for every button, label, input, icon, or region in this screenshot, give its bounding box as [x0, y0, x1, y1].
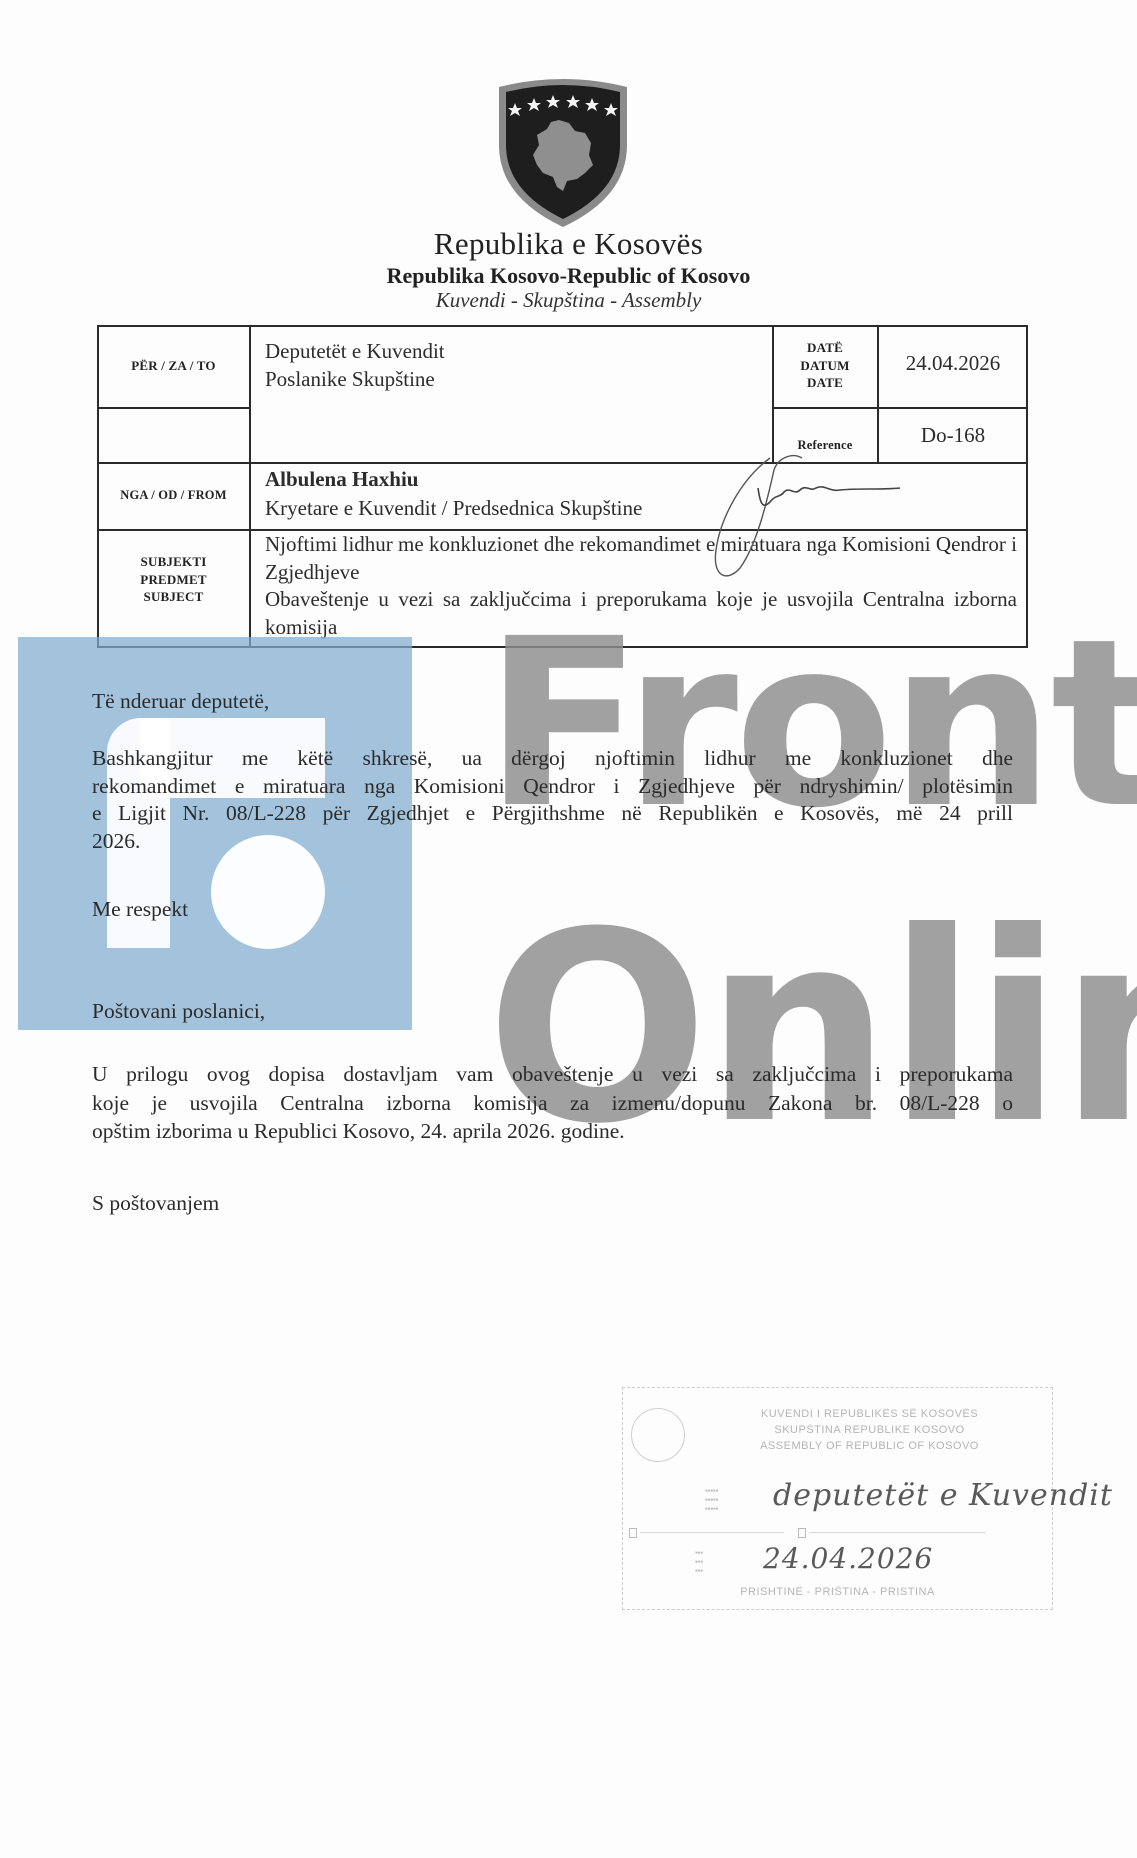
page-subtitle: Republika Kosovo-Republic of Kosovo — [0, 263, 1137, 289]
closing-albanian: Me respekt — [92, 896, 1013, 924]
paragraph-albanian: Bashkangjitur me këtë shkresë, ua dërgoj… — [92, 745, 1013, 855]
paragraph-line: e Ligjit Nr. 08/L-228 për Zgjedhjet e Pë… — [92, 800, 1013, 828]
kosovo-coat-of-arms-icon — [493, 75, 633, 229]
to-label: PËR / ZA / TO — [97, 357, 250, 375]
date-label-line: DATUM — [773, 357, 877, 375]
greeting-serbian: Poštovani poslanici, — [92, 998, 1013, 1026]
subject-label-line: SUBJECT — [97, 588, 250, 606]
to-line: Poslanike Skupštine — [265, 365, 765, 393]
institution-name: Kuvendi - Skupština - Assembly — [0, 288, 1137, 313]
stamp-line: KUVENDI I REPUBLIKËS SË KOSOVËS — [693, 1408, 1046, 1420]
stamp-field-label: ▪▪▪▪▪▪▪▪▪▪▪▪▪▪▪ — [705, 1486, 765, 1513]
reception-stamp: KUVENDI I REPUBLIKËS SË KOSOVËS SKUPŠTIN… — [622, 1387, 1053, 1610]
date-label-line: DATË — [773, 339, 877, 357]
stamp-handwritten-recipient: deputetët e Kuvendit — [773, 1478, 1113, 1513]
subject-label: SUBJEKTI PREDMET SUBJECT — [97, 553, 250, 606]
greeting-albanian: Të nderuar deputetë, — [92, 688, 1013, 716]
handwritten-signature-icon — [700, 450, 910, 590]
date-value: 24.04.2026 — [878, 349, 1028, 377]
stamp-line: ASSEMBLY OF REPUBLIC OF KOSOVO — [693, 1440, 1046, 1452]
to-line: Deputetët e Kuvendit — [265, 337, 765, 365]
from-title: Kryetare e Kuvendit / Predsednica Skupšt… — [265, 494, 765, 522]
from-label: NGA / OD / FROM — [97, 487, 250, 504]
paragraph-line: rekomandimet e miratuara nga Komisioni Q… — [92, 773, 1013, 801]
date-label-line: DATE — [773, 374, 877, 392]
paragraph-line: Bashkangjitur me këtë shkresë, ua dërgoj… — [92, 745, 1013, 773]
stamp-field-label: ▪▪▪▪▪▪▪▪▪ — [695, 1548, 735, 1575]
document-page: Republika e Kosovës Republika Kosovo-Rep… — [0, 0, 1137, 1858]
paragraph-line: koje je usvojila Centralna izborna komis… — [92, 1089, 1013, 1118]
paragraph-serbian: U prilogu ovog dopisa dostavljam vam oba… — [92, 1060, 1013, 1146]
closing-serbian: S poštovanjem — [92, 1190, 1013, 1218]
subject-label-line: SUBJEKTI — [97, 553, 250, 571]
reference-value: Do-168 — [878, 421, 1028, 449]
from-name: Albulena Haxhiu — [265, 465, 765, 493]
stamp-city: PRISHTINË - PRIŠTINA - PRISTINA — [683, 1586, 992, 1598]
page-title: Republika e Kosovës — [0, 226, 1137, 262]
stamp-handwritten-date: 24.04.2026 — [763, 1542, 933, 1575]
date-label: DATË DATUM DATE — [773, 339, 877, 392]
stamp-seal-icon — [631, 1408, 685, 1462]
to-recipients: Deputetët e Kuvendit Poslanike Skupštine — [265, 337, 765, 393]
subject-label-line: PREDMET — [97, 571, 250, 589]
paragraph-line: U prilogu ovog dopisa dostavljam vam oba… — [92, 1060, 1013, 1089]
paragraph-line: 2026. — [92, 828, 1013, 856]
paragraph-line: opštim izborima u Republici Kosovo, 24. … — [92, 1117, 1013, 1146]
stamp-line: SKUPŠTINA REPUBLIKE KOSOVO — [693, 1424, 1046, 1436]
stamp-options: ―――――――――――――――――― ―――――――――――――――――――――… — [629, 1528, 1046, 1538]
